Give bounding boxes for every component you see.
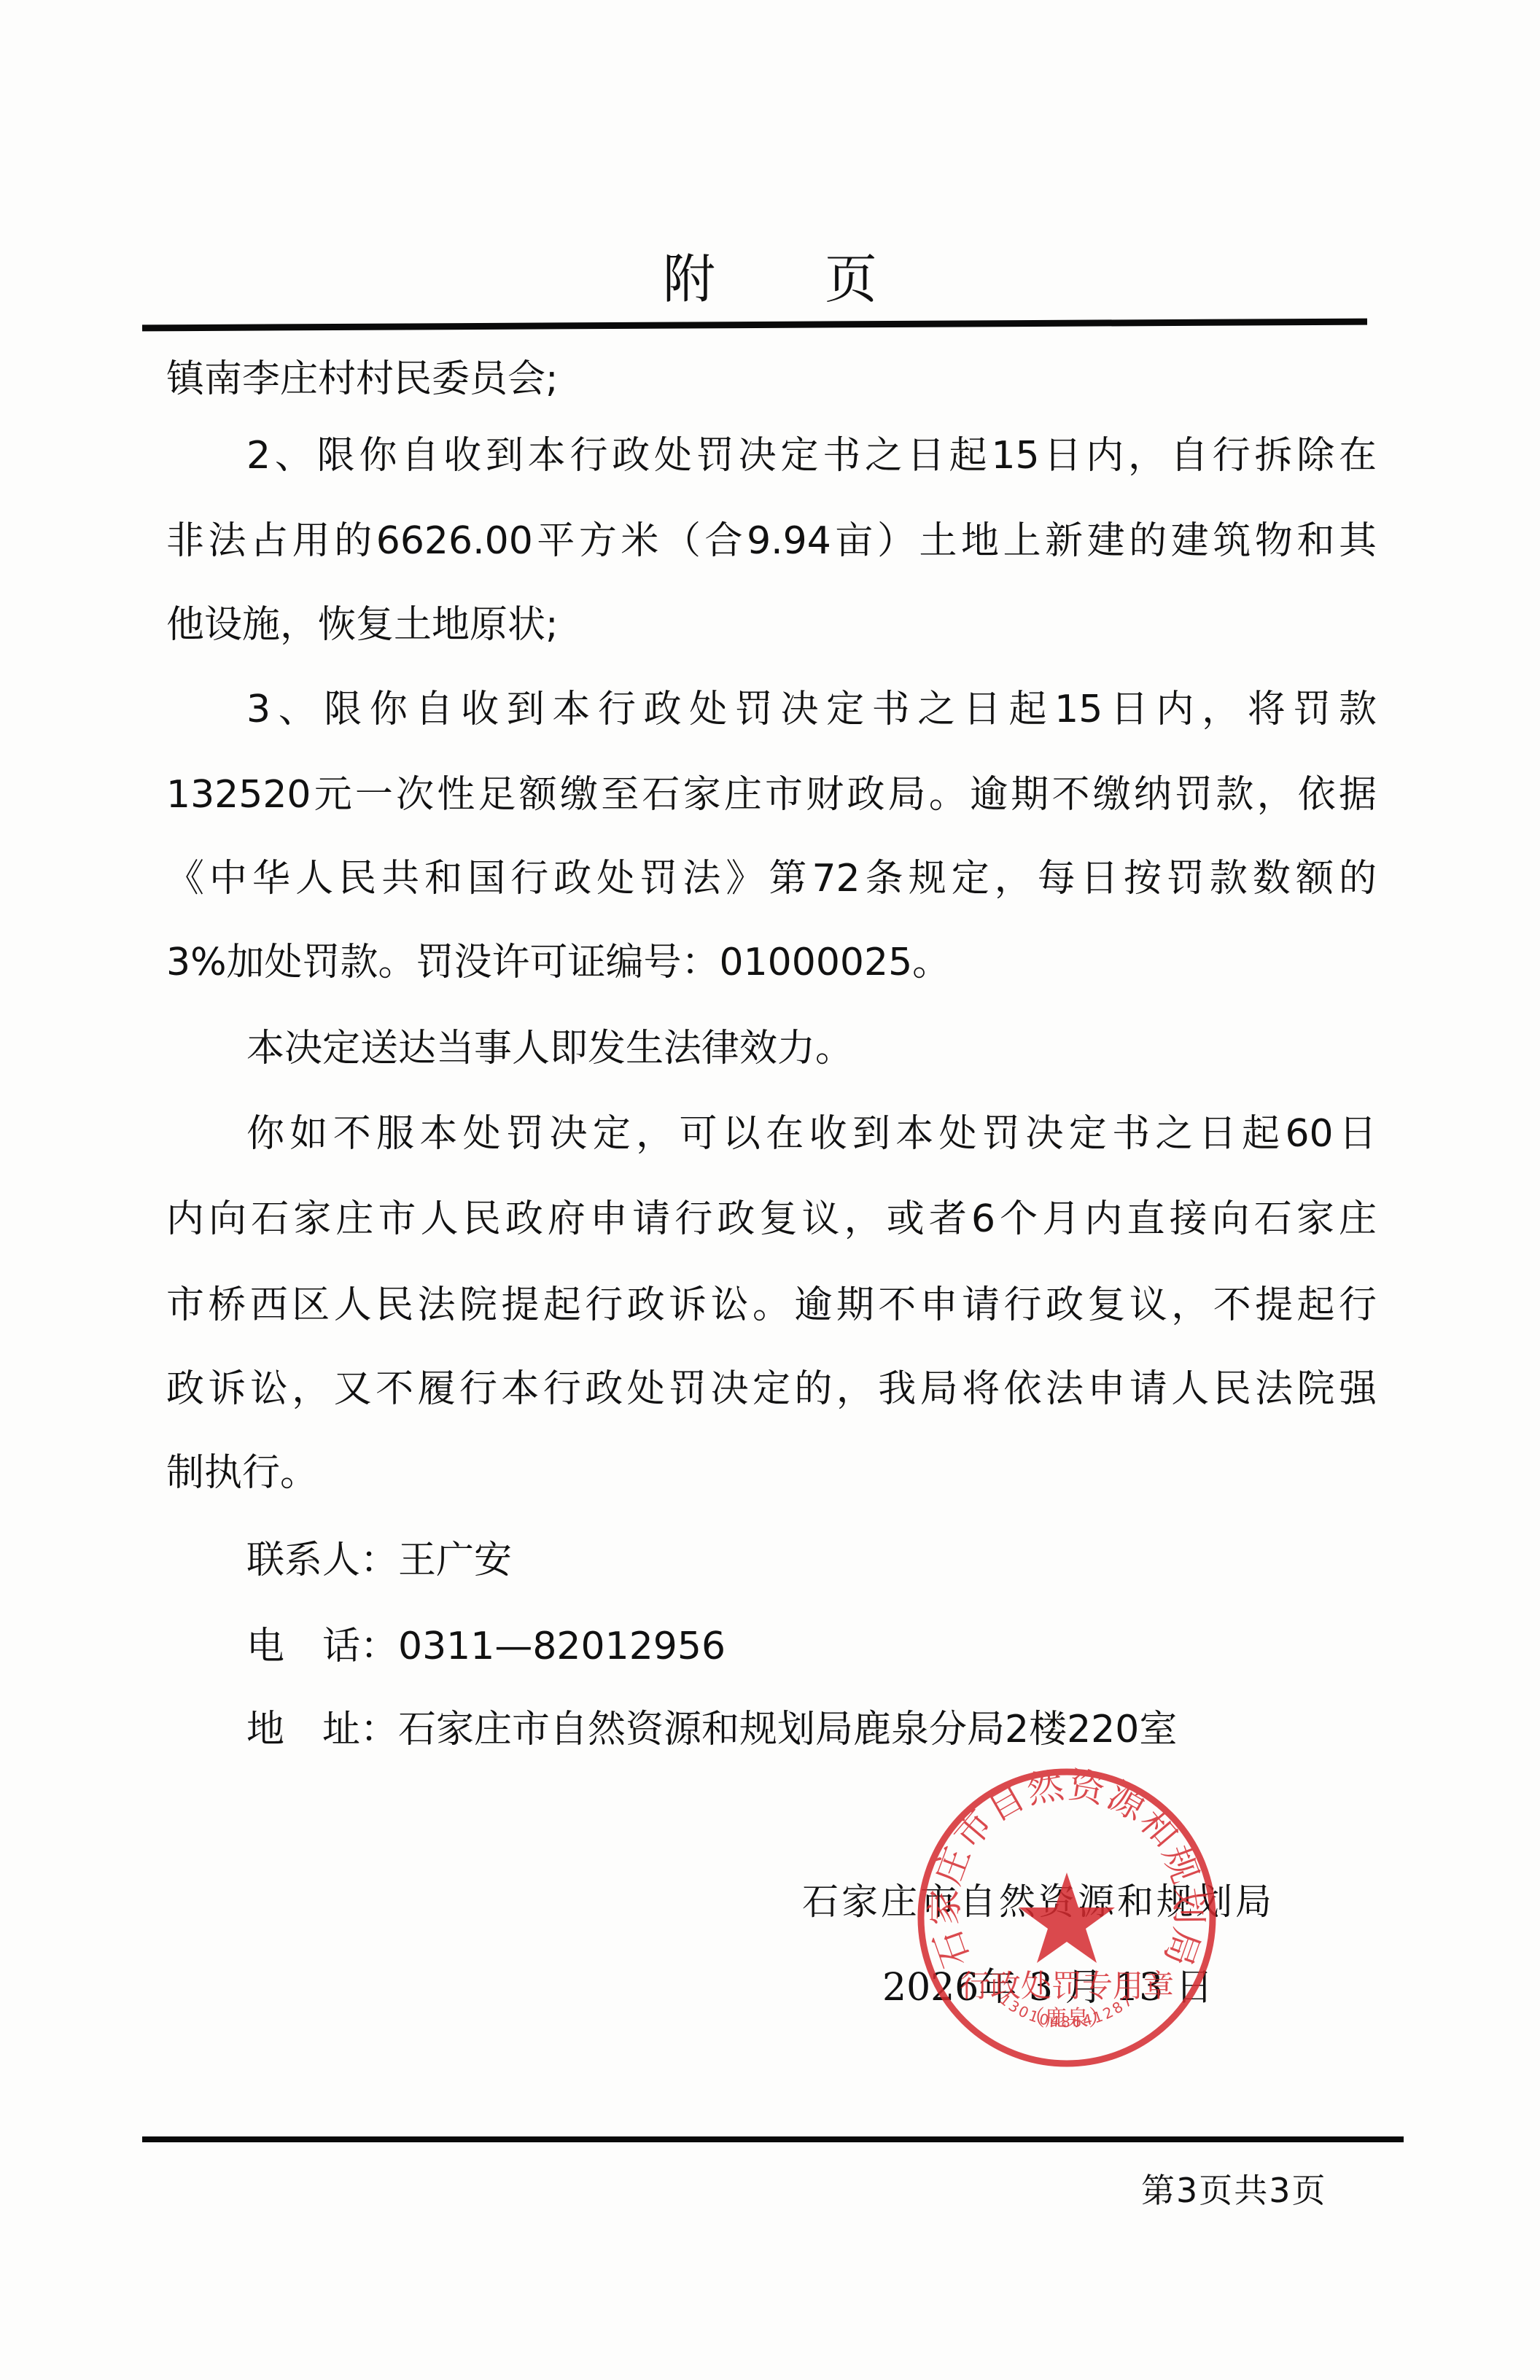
signature-date: 2026年 3 月 13 日 [882, 1956, 1213, 2011]
header-rule [142, 319, 1367, 332]
footer-rule [142, 2136, 1404, 2142]
contact-address-label: 地 址： [246, 1708, 398, 1751]
signature-org: 石家庄市自然资源和规划局 [802, 1872, 1275, 1925]
page-number: 第3页共3页 [1141, 2164, 1327, 2212]
body-line: 制执行。 [166, 1447, 1377, 1498]
contact-person-label: 联系人： [246, 1539, 398, 1582]
body-line: 你如不服本处罚决定，可以在收到本处罚决定书之日起60日 [246, 1108, 1377, 1159]
body-line: 《中华人民共和国行政处罚法》第72条规定，每日按罚款数额的 [166, 853, 1377, 904]
body-line: 2、限你自收到本行政处罚决定书之日起15日内，自行拆除在 [246, 430, 1377, 481]
body-line: 内向石家庄市人民政府申请行政复议，或者6个月内直接向石家庄 [166, 1194, 1377, 1245]
contact-phone: 电 话：0311—82012956 [246, 1621, 726, 1672]
body-line: 政诉讼，又不履行本行政处罚决定的，我局将依法申请人民法院强 [166, 1364, 1377, 1415]
body-line: 市桥西区人民法院提起行政诉讼。逾期不申请行政复议，不提起行 [166, 1280, 1377, 1331]
body-line: 132520元一次性足额缴至石家庄市财政局。逾期不缴纳罚款，依据 [166, 769, 1377, 820]
body-line: 他设施，恢复土地原状; [166, 599, 1377, 650]
body-line: 本决定送达当事人即发生法律效力。 [246, 1023, 1377, 1074]
contact-phone-value: 0311—82012956 [398, 1625, 726, 1668]
body-line: 非法占用的6626.00平方米（合9.94亩）土地上新建的建筑物和其 [166, 516, 1377, 567]
page-title: 附页 [0, 237, 1540, 313]
contact-person: 联系人：王广安 [246, 1535, 512, 1586]
body-line: 3、限你自收到本行政处罚决定书之日起15日内，将罚款 [246, 684, 1377, 735]
contact-address: 地 址：石家庄市自然资源和规划局鹿泉分局2楼220室 [246, 1704, 1177, 1755]
seal-arc-text: 石家庄市自然资源和规划局 [924, 1765, 1210, 1973]
body-line: 3%加处罚款。罚没许可证编号：01000025。 [166, 937, 1377, 988]
svg-text:石家庄市自然资源和规划局: 石家庄市自然资源和规划局 [924, 1765, 1210, 1973]
contact-person-value: 王广安 [398, 1539, 512, 1582]
contact-phone-label: 电 话： [246, 1625, 398, 1668]
body-line: 镇南李庄村村民委员会; [166, 354, 1377, 405]
contact-address-value: 石家庄市自然资源和规划局鹿泉分局2楼220室 [398, 1708, 1177, 1751]
